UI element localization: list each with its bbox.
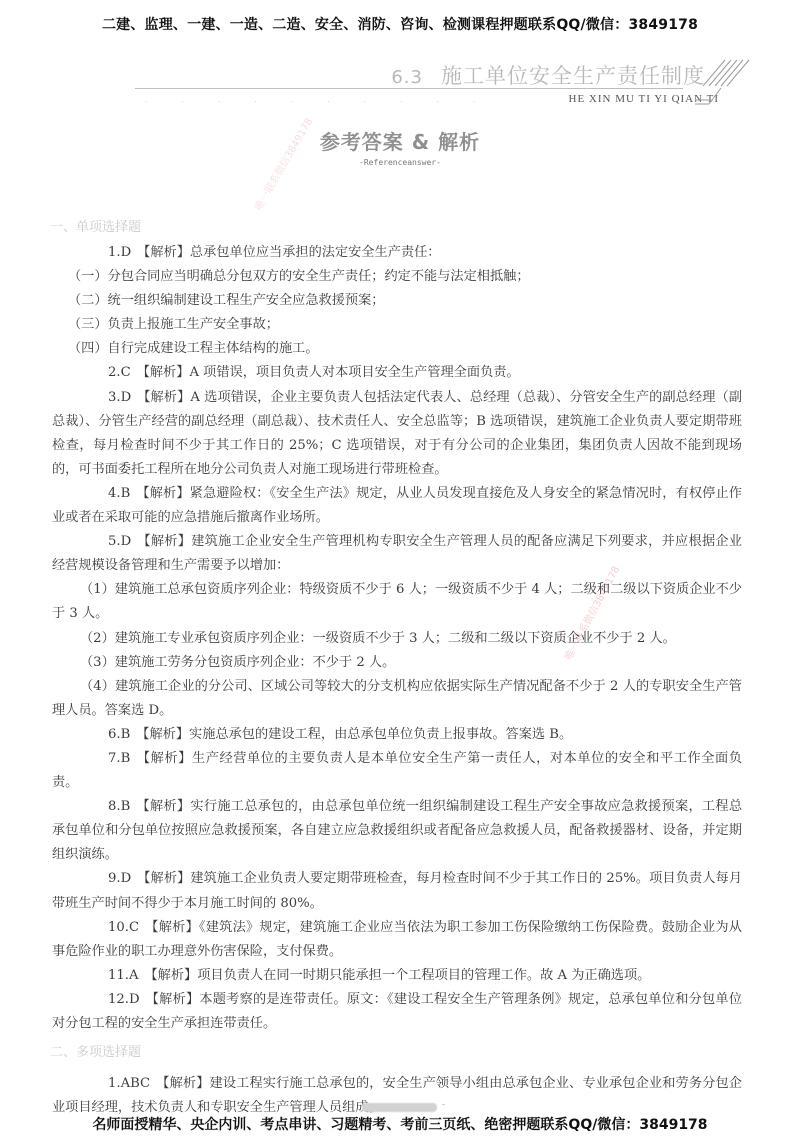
top-promo-banner: 二建、监理、一建、一造、二造、安全、消防、咨询、检测课程押题联系QQ/微信：38… — [0, 14, 800, 34]
answer-item: 5.D【解析】建筑施工企业安全生产管理机构专职安全生产管理人员的配备应满足下列要… — [52, 530, 742, 578]
section-title-multiple-choice: 二、多项选择题 — [50, 1040, 742, 1066]
page-marker-dash: - — [442, 1100, 445, 1110]
answer-item: 6.B【解析】实施总承包的建设工程，由总承包单位负责上报事故。答案选 B。 — [52, 723, 742, 747]
analysis-tag: 【解析】 — [145, 920, 199, 935]
answer-number: 8.B — [80, 795, 130, 819]
answer-item: 4.B【解析】紧急避险权：《安全生产法》规定，从业人员发现直接危及人身安全的紧急… — [52, 482, 742, 530]
page-marker-dash: - — [352, 1100, 355, 1110]
answer-item: 11.A【解析】项目负责人在同一时期只能承担一个工程项目的管理工作。故 A 为正… — [52, 964, 742, 988]
answer-sub-item: （二）统一组织编制建设工程生产安全应急救援预案； — [52, 289, 742, 313]
answer-sub-item: （三）负责上报施工生产安全事故； — [52, 313, 742, 337]
section-title-single-choice: 一、单项选择题 — [50, 215, 742, 241]
slash-stripes-icon — [695, 58, 755, 110]
analysis-tag: 【解析】 — [136, 799, 190, 814]
answer-item: 2.C【解析】A 项错误，项目负责人对本项目安全生产管理全面负责。 — [52, 361, 742, 385]
chapter-rule-divider — [135, 88, 683, 89]
answer-sub-item: （3）建筑施工劳务分包资质序列企业：不少于 2 人。 — [52, 651, 742, 675]
analysis-tag: 【解析】 — [136, 751, 192, 766]
answer-number: 11.A — [80, 964, 139, 988]
analysis-tag: 【解析】 — [136, 486, 189, 501]
answer-text: 项目负责人在同一时期只能承担一个工程项目的管理工作。故 A 为正确选项。 — [197, 968, 650, 983]
chapter-header: 6.3施工单位安全生产责任制度 · · · · · · · · · · HE X… — [135, 58, 755, 114]
answer-text: A 项错误，项目负责人对本项目安全生产管理全面负责。 — [189, 365, 519, 380]
answer-item: 12.D【解析】本题考察的是连带责任。原文：《建设工程安全生产管理条例》规定，总… — [52, 988, 742, 1036]
answer-number: 12.D — [80, 988, 140, 1012]
answer-sub-item: （1）建筑施工总承包资质序列企业：特级资质不少于 6 人；一级资质不少于 4 人… — [52, 578, 742, 626]
answer-text: 总承包单位应当承担的法定安全生产责任： — [190, 245, 441, 260]
analysis-tag: 【解析】 — [137, 390, 190, 405]
answer-sub-item: （一）分包合同应当明确总分包双方的安全生产责任；约定不能与法定相抵触； — [52, 265, 742, 289]
chapter-dots-decoration: · · · · · · · · · · — [145, 98, 491, 106]
chapter-title: 6.3施工单位安全生产责任制度 — [391, 60, 705, 90]
answer-number: 9.D — [80, 867, 131, 891]
analysis-tag: 【解析】 — [136, 727, 189, 742]
analysis-tag: 【解析】 — [137, 245, 190, 260]
analysis-tag: 【解析】 — [137, 365, 190, 380]
answer-item: 3.D【解析】A 选项错误，企业主要负责人包括法定代表人、总经理（总裁）、分管安… — [52, 386, 742, 482]
answer-item: 9.D【解析】建筑施工企业负责人要定期带班检查，每月检查时间不少于其工作日的 2… — [52, 867, 742, 915]
analysis-tag: 【解析】 — [145, 968, 198, 983]
bottom-promo-banner: 名师面授精华、央企内训、考点串讲、习题精考、考前三页纸、绝密押题联系QQ/微信：… — [0, 1114, 800, 1134]
answer-number: 3.D — [80, 386, 131, 410]
answer-number: 4.B — [80, 482, 130, 506]
page-number-marker — [362, 1103, 437, 1112]
answer-sub-item: （4）建筑施工企业的分公司、区域公司等较大的分支机构应依据实际生产情况配备不少于… — [52, 675, 742, 723]
chapter-title-text: 施工单位安全生产责任制度 — [441, 64, 705, 88]
reference-answer-subtitle: -Referenceanswer- — [0, 158, 800, 167]
answer-number: 1.D — [80, 241, 131, 265]
answer-item: 8.B【解析】实行施工总承包的，由总承包单位统一组织编制建设工程生产安全事故应急… — [52, 795, 742, 867]
analysis-tag: 【解析】 — [137, 871, 190, 886]
answer-sub-item: （四）自行完成建设工程主体结构的施工。 — [52, 337, 742, 361]
answer-number: 5.D — [80, 530, 131, 554]
analysis-tag: 【解析】 — [137, 534, 191, 549]
answer-item: 7.B【解析】生产经营单位的主要负责人是本单位安全生产第一责任人，对本单位的安全… — [52, 747, 742, 795]
chapter-number: 6.3 — [391, 67, 423, 88]
answer-text: 实施总承包的建设工程，由总承包单位负责上报事故。答案选 B。 — [189, 727, 572, 742]
answer-item: 1.D【解析】总承包单位应当承担的法定安全生产责任： — [52, 241, 742, 265]
answer-content: 一、单项选择题 1.D【解析】总承包单位应当承担的法定安全生产责任： （一）分包… — [52, 215, 742, 1120]
analysis-tag: 【解析】 — [156, 1076, 209, 1091]
analysis-tag: 【解析】 — [146, 992, 200, 1007]
answer-number: 2.C — [80, 361, 131, 385]
answer-number: 6.B — [80, 723, 130, 747]
answer-sub-item: （2）建筑施工专业承包资质序列企业：一级资质不少于 3 人；二级和二级以下资质企… — [52, 627, 742, 651]
answer-number: 7.B — [80, 747, 130, 771]
reference-answer-title: 参考答案 & 解析 — [0, 126, 800, 155]
answer-item: 10.C【解析】《建筑法》规定，建筑施工企业应当依法为职工参加工伤保险缴纳工伤保… — [52, 916, 742, 964]
answer-number: 1.ABC — [80, 1072, 150, 1096]
answer-number: 10.C — [80, 916, 139, 940]
